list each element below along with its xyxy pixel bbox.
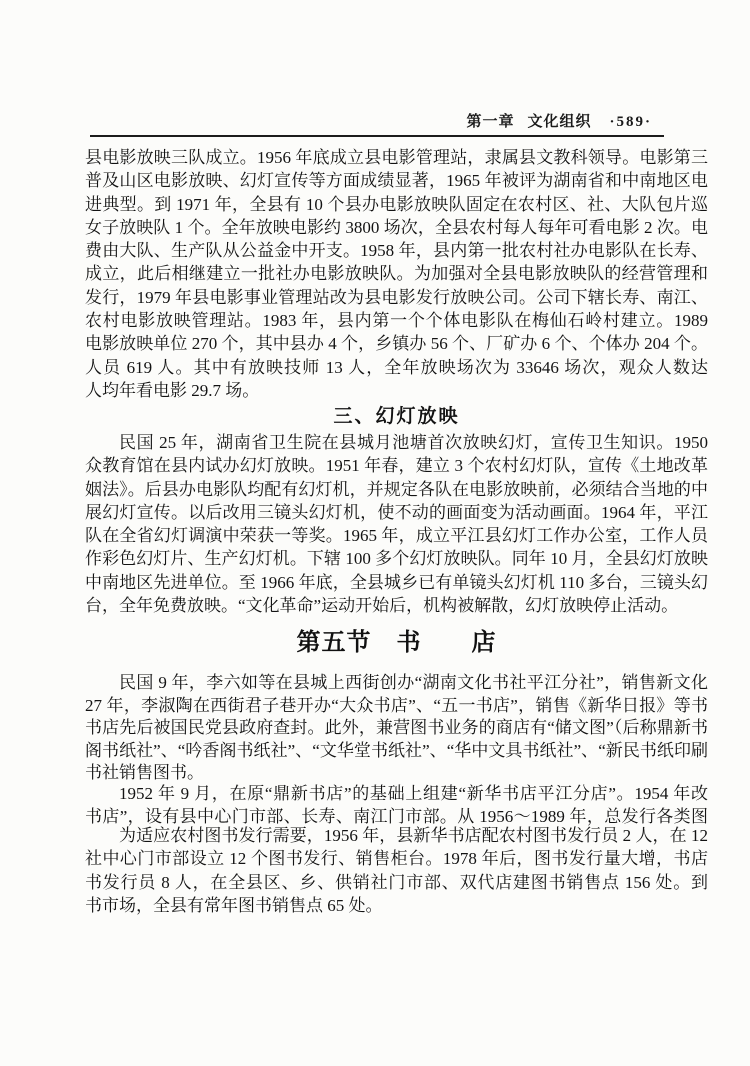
text-line: 阁书纸社”、“吟香阁书纸社”、“文华堂书纸社”、“华中文具书纸社”、“新民书纸印…	[85, 740, 708, 763]
text-line: 社中心门市部设立 12 个图书发行、销售柜台。1978 年后，图书发行量大增，书…	[85, 847, 708, 870]
text-line: 姻法》。后县办电影队均配有幻灯机，并规定各队在电影放映前，必须结合当地的中心工作…	[85, 478, 708, 501]
heading-section5-bookstore: 第五节 书 店	[85, 622, 708, 657]
book-page: 第一章文化组织·589· 县电影放映三队成立。1956 年底成立县电影管理站，隶…	[0, 0, 750, 1066]
paragraph-rural-book-distribution: 为适应农村图书发行需要，1956 年，县新华书店配农村图书发行员 2 人，在 1…	[85, 824, 708, 917]
text-line: 民国 9 年，李六如等在县城上西街创办“湖南文化书社平江分社”，销售新文化书刊。…	[85, 672, 708, 695]
text-block: 县电影放映三队成立。1956 年底成立县电影管理站，隶属县文教科领导。电影第三放…	[85, 0, 708, 1066]
text-line: 1952 年 9 月，在原“鼎新书店”的基础上组建“新华书店平江分店”。1954…	[85, 782, 708, 805]
text-line: 队在全省幻灯调演中荣获一等奖。1965 年，成立平江县幻灯工作办公室，工作人员 …	[85, 524, 708, 547]
text-line: 进典型。到 1971 年，全县有 10 个县办电影放映队固定在农村区、社、大队包…	[85, 193, 708, 216]
text-line: 书店先后被国民党县政府查封。此外，兼营图书业务的商店有“储文图”（后称鼎新书店）…	[85, 717, 708, 740]
paragraph-slide-projection: 民国 25 年，湖南省卫生院在县城月池塘首次放映幻灯，宣传卫生知识。1950 年…	[85, 431, 708, 617]
text-line: 女子放映队 1 个。全年放映电影约 3800 场次，全县农村每人每年可看电影 2…	[85, 216, 708, 239]
text-line: 农村电影放映管理站。1983 年，县内第一个个体电影队在梅仙石岭村建立。1989…	[85, 309, 708, 332]
text-line: 人均年看电影 29.7 场。	[85, 379, 708, 402]
text-line: 台，全年免费放映。“文化革命”运动开始后，机构被解散，幻灯放映停止活动。	[85, 594, 708, 617]
text-line: 发行，1979 年县电影事业管理站改为县电影发行放映公司。公司下辖长寿、南江、栗…	[85, 286, 708, 309]
text-line: 电影放映单位 270 个，其中县办 4 个，乡镇办 56 个、厂矿办 6 个、个…	[85, 332, 708, 355]
text-line: 中南地区先进单位。至 1966 年底，全县城乡已有单镜头幻灯机 110 多台，三…	[85, 571, 708, 594]
text-line: 27 年，李淑陶在西街君子巷开办“大众书店”、“五一书店”，销售《新华日报》等书…	[85, 695, 708, 718]
paragraph-film-projection: 县电影放映三队成立。1956 年底成立县电影管理站，隶属县文教科领导。电影第三放…	[85, 146, 708, 402]
text-line: 书发行员 8 人，在全县区、乡、供销社门市部、双代店建图书销售点 156 处。到…	[85, 871, 708, 894]
text-line: 展幻灯宣传。以后改用三镜头幻灯机，使不动的画面变为活动画面。1964 年，平江电…	[85, 501, 708, 524]
text-line: 作彩色幻灯片、生产幻灯机。下辖 100 多个幻灯放映队。同年 10 月，全县幻灯…	[85, 547, 708, 570]
text-line: 成立，此后相继建立一批社办电影放映队。为加强对全县电影放映队的经营管理和电影拷贝…	[85, 262, 708, 285]
paragraph-xinhua-bookstore: 1952 年 9 月，在原“鼎新书店”的基础上组建“新华书店平江分店”。1954…	[85, 782, 708, 829]
heading-slide-projection: 三、幻灯放映	[85, 401, 708, 428]
text-line: 为适应农村图书发行需要，1956 年，县新华书店配农村图书发行员 2 人，在 1…	[85, 824, 708, 847]
text-line: 书市场，全县有常年图书销售点 65 处。	[85, 894, 708, 917]
text-line: 费由大队、生产队从公益金中开支。1958 年，县内第一批农村社办电影队在长寿、三…	[85, 239, 708, 262]
text-line: 县电影放映三队成立。1956 年底成立县电影管理站，隶属县文教科领导。电影第三放…	[85, 146, 708, 169]
text-line: 众教育馆在县内试办幻灯放映。1951 年春，建立 3 个农村幻灯队，宣传《土地改…	[85, 454, 708, 477]
text-line: 普及山区电影放映、幻灯宣传等方面成绩显著，1965 年被评为湖南省和中南地区电影…	[85, 169, 708, 192]
paragraph-bookstore-early-history: 民国 9 年，李六如等在县城上西街创办“湖南文化书社平江分社”，销售新文化书刊。…	[85, 672, 708, 785]
text-line: 人员 619 人。其中有放映技师 13 人，全年放映场次为 33646 场次，观…	[85, 356, 708, 379]
text-line: 民国 25 年，湖南省卫生院在县城月池塘首次放映幻灯，宣传卫生知识。1950 年…	[85, 431, 708, 454]
